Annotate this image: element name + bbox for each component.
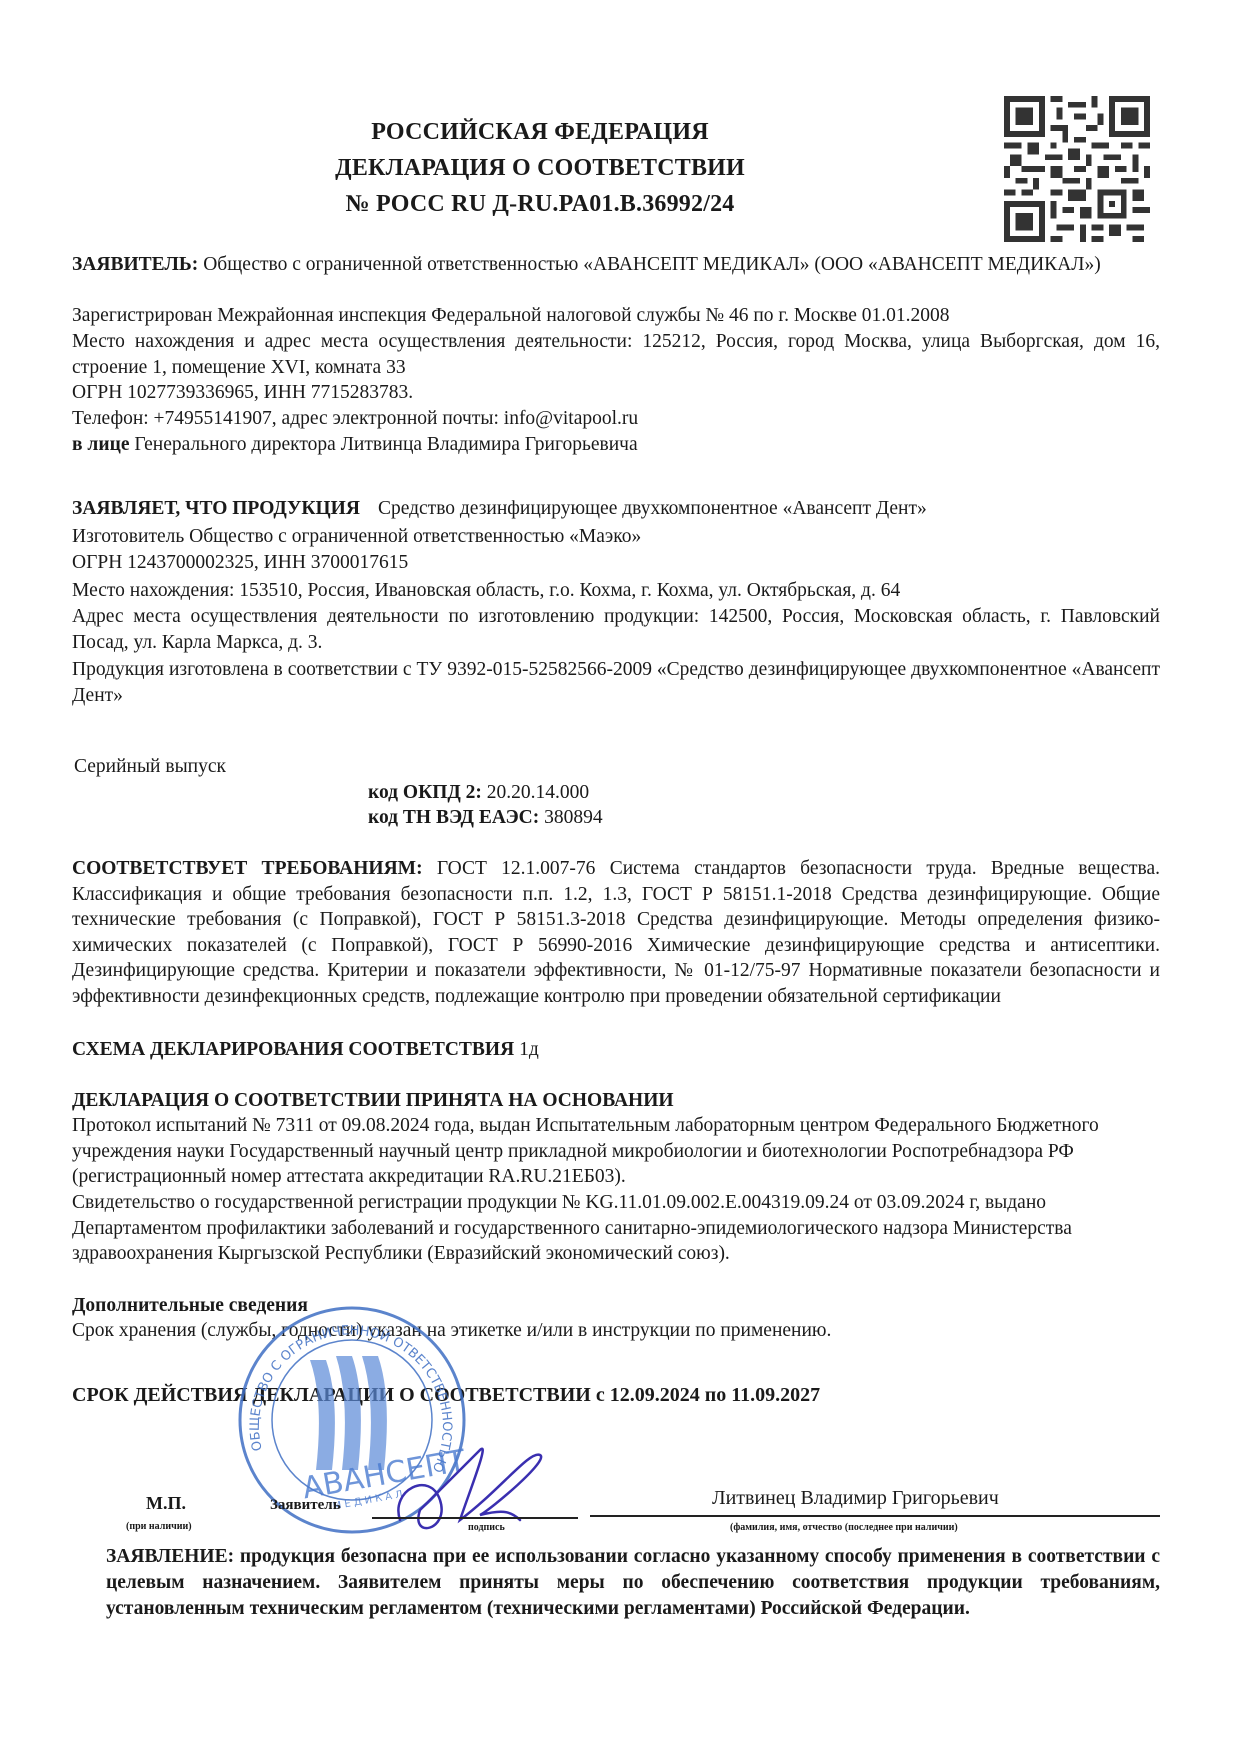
product-label: ЗАЯВЛЯЕТ, ЧТО ПРОДУКЦИЯ — [72, 498, 360, 519]
basis-heading: ДЕКЛАРАЦИЯ О СООТВЕТСТВИИ ПРИНЯТА НА ОСН… — [72, 1088, 1160, 1114]
validity-to: 11.09.2027 — [731, 1384, 820, 1406]
applicant-label: ЗАЯВИТЕЛЬ: — [72, 254, 198, 275]
stamp-place-label: М.П. — [146, 1493, 186, 1514]
statement-label: ЗАЯВЛЕНИЕ: — [106, 1546, 234, 1567]
signatory-full-name: Литвинец Владимир Григорьевич — [712, 1487, 999, 1510]
signature-line — [372, 1517, 578, 1519]
validity-from-label: с — [591, 1384, 610, 1406]
name-line — [590, 1515, 1160, 1517]
applicant-name: Общество с ограниченной ответственностью… — [198, 254, 1100, 275]
applicant-registered: Зарегистрирован Межрайонная инспекция Фе… — [72, 303, 1160, 329]
applicant-contacts: Телефон: +74955141907, адрес электронной… — [72, 406, 1160, 432]
applicant-ogrn-inn: ОГРН 1027739336965, ИНН 7715283783. — [72, 380, 1160, 406]
scheme-label: СХЕМА ДЕКЛАРИРОВАНИЯ СООТВЕТСТВИЯ — [72, 1039, 514, 1060]
validity-to-label: по — [700, 1384, 732, 1406]
okpd-label: код ОКПД 2: — [368, 782, 482, 803]
okpd-value: 20.20.14.000 — [482, 782, 589, 803]
header-doc-type: ДЕКЛАРАЦИЯ О СООТВЕТСТВИИ — [240, 150, 840, 186]
representative-name: Генерального директора Литвинца Владимир… — [129, 434, 637, 455]
tnved-label: код ТН ВЭД ЕАЭС: — [368, 807, 539, 828]
signature-note: подпись — [468, 1522, 505, 1533]
applicant-name-line: ЗАЯВИТЕЛЬ: Общество с ограниченной ответ… — [72, 252, 1160, 278]
stamp-place-note: (при наличии) — [126, 1521, 192, 1532]
document-header: РОССИЙСКАЯ ФЕДЕРАЦИЯ ДЕКЛАРАЦИЯ О СООТВЕ… — [240, 114, 840, 222]
basis-certificate: Свидетельство о государственной регистра… — [72, 1190, 1160, 1267]
product-ogrn-inn: ОГРН 1243700002325, ИНН 3700017615 — [72, 550, 1160, 576]
basis-protocol: Протокол испытаний № 7311 от 09.08.2024 … — [72, 1113, 1160, 1190]
product-name: Средство дезинфицирующее двухкомпонентно… — [378, 498, 927, 519]
okpd-code: код ОКПД 2: 20.20.14.000 — [368, 780, 589, 806]
tnved-code: код ТН ВЭД ЕАЭС: 380894 — [368, 805, 603, 831]
header-country: РОССИЙСКАЯ ФЕДЕРАЦИЯ — [240, 114, 840, 150]
product-production-address: Адрес места осуществления деятельности п… — [72, 604, 1160, 655]
header-doc-number: № РОСС RU Д-RU.PA01.B.36992/24 — [240, 186, 840, 222]
name-note: (фамилия, имя, отчество (последнее при н… — [730, 1522, 958, 1533]
product-declaration: ЗАЯВЛЯЕТ, ЧТО ПРОДУКЦИЯСредство дезинфиц… — [72, 496, 1160, 522]
applicant-address: Место нахождения и адрес места осуществл… — [72, 329, 1160, 380]
product-manufacturer: Изготовитель Общество с ограниченной отв… — [72, 524, 1160, 550]
requirements-text: ГОСТ 12.1.007-76 Система стандартов безо… — [72, 858, 1160, 1007]
product-location: Место нахождения: 153510, Россия, Иванов… — [72, 578, 1160, 604]
scheme-line: СХЕМА ДЕКЛАРИРОВАНИЯ СООТВЕТСТВИЯ 1д — [72, 1037, 1160, 1063]
statement-text: продукция безопасна при ее использовании… — [106, 1546, 1160, 1619]
validity-from: 12.09.2024 — [610, 1384, 700, 1406]
scheme-value: 1д — [514, 1039, 539, 1060]
release-type: Серийный выпуск — [74, 754, 226, 780]
statement-section: ЗАЯВЛЕНИЕ: продукция безопасна при ее ис… — [106, 1544, 1160, 1622]
applicant-section: ЗАЯВИТЕЛЬ: Общество с ограниченной ответ… — [72, 252, 1160, 278]
requirements-section: СООТВЕТСТВУЕТ ТРЕБОВАНИЯМ: ГОСТ 12.1.007… — [72, 856, 1160, 1009]
requirements-label: СООТВЕТСТВУЕТ ТРЕБОВАНИЯМ: — [72, 858, 423, 879]
product-tu: Продукция изготовлена в соответствии с Т… — [72, 657, 1160, 708]
qr-code-icon — [1004, 96, 1150, 242]
declaration-page: РОССИЙСКАЯ ФЕДЕРАЦИЯ ДЕКЛАРАЦИЯ О СООТВЕ… — [0, 0, 1240, 1754]
representative-label: в лице — [72, 434, 129, 455]
applicant-representative: в лице Генерального директора Литвинца В… — [72, 432, 1160, 458]
applicant-signature-label: Заявитель — [270, 1497, 341, 1514]
tnved-value: 380894 — [539, 807, 602, 828]
